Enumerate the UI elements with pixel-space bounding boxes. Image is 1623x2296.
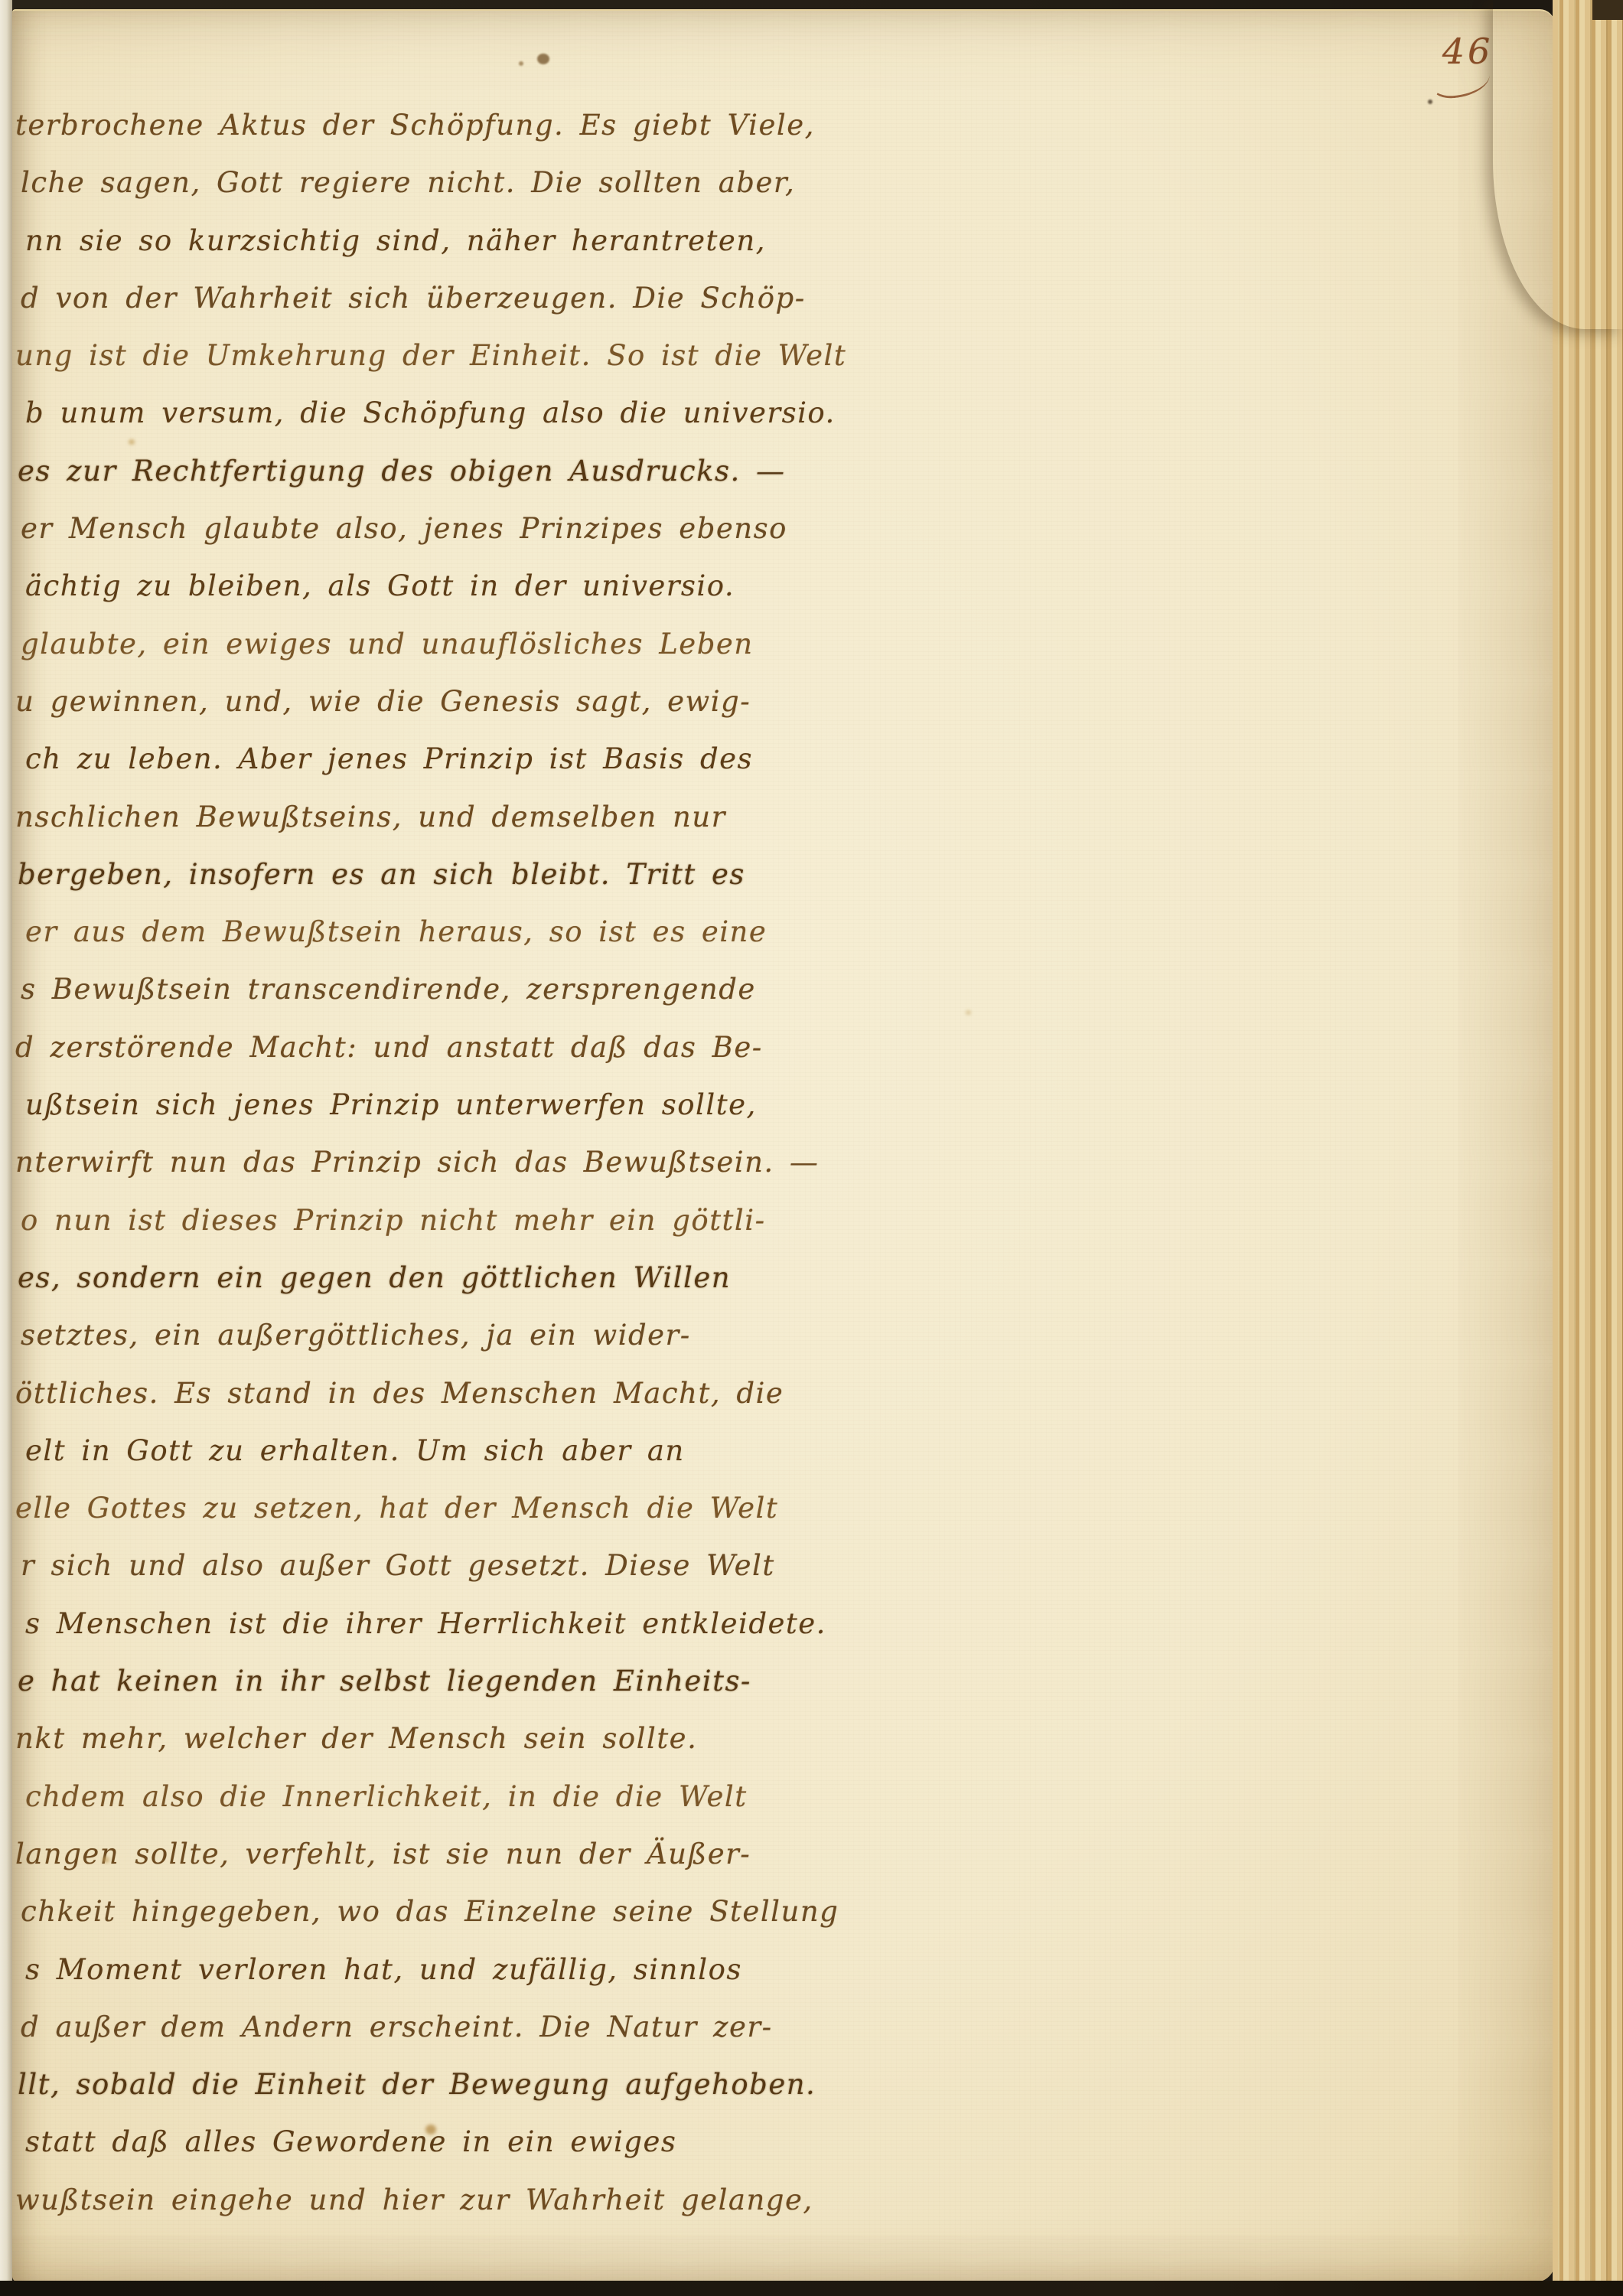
foxing-spot <box>966 1010 971 1015</box>
manuscript-line: wußtsein eingehe und hier zur Wahrheit g… <box>15 2171 895 2229</box>
manuscript-line: s Bewußtsein transcendirende, zersprenge… <box>21 960 895 1018</box>
page-number-flourish <box>1432 72 1492 100</box>
manuscript-line: er aus dem Bewußtsein heraus, so ist es … <box>25 903 895 960</box>
ink-speck <box>1428 99 1432 104</box>
manuscript-line: nkt mehr, welcher der Mensch sein sollte… <box>15 1710 895 1767</box>
manuscript-text-block: terbrochene Aktus der Schöpfung. Es gieb… <box>15 96 895 2229</box>
manuscript-line: ußtsein sich jenes Prinzip unterwerfen s… <box>25 1076 895 1133</box>
book-page-edges <box>1553 0 1623 2296</box>
foxing-spot <box>537 54 549 64</box>
manuscript-line: lche sagen, Gott regiere nicht. Die soll… <box>21 154 895 211</box>
manuscript-line: llt, sobald die Einheit der Bewegung auf… <box>18 2056 895 2113</box>
manuscript-line: setztes, ein außergöttliches, ja ein wid… <box>21 1306 895 1364</box>
manuscript-line: statt daß alles Gewordene in ein ewiges <box>25 2113 895 2170</box>
manuscript-line: nschlichen Bewußtseins, und demselben nu… <box>15 788 895 846</box>
manuscript-line: d außer dem Andern erscheint. Die Natur … <box>21 1998 895 2056</box>
manuscript-page: 46 terbrochene Aktus der Schöpfung. Es g… <box>12 9 1555 2282</box>
manuscript-scan: 46 terbrochene Aktus der Schöpfung. Es g… <box>0 0 1623 2296</box>
manuscript-line: o nun ist dieses Prinzip nicht mehr ein … <box>21 1192 895 1249</box>
manuscript-line: chdem also die Innerlichkeit, in die die… <box>25 1768 895 1825</box>
manuscript-line: ch zu leben. Aber jenes Prinzip ist Basi… <box>25 730 895 788</box>
manuscript-line: d zerstörende Macht: und anstatt daß das… <box>15 1019 895 1076</box>
manuscript-line: nterwirft nun das Prinzip sich das Bewuß… <box>15 1133 895 1191</box>
book-board-bottom <box>0 2281 1623 2296</box>
binding-shadow <box>1592 0 1623 20</box>
manuscript-line: terbrochene Aktus der Schöpfung. Es gieb… <box>15 96 895 154</box>
manuscript-line: b unum versum, die Schöpfung also die un… <box>25 384 895 442</box>
manuscript-line: langen sollte, verfehlt, ist sie nun der… <box>15 1825 895 1883</box>
manuscript-line: bergeben, insofern es an sich bleibt. Tr… <box>18 846 895 903</box>
manuscript-line: elle Gottes zu setzen, hat der Mensch di… <box>15 1479 895 1537</box>
manuscript-line: glaubte, ein ewiges und unauflösliches L… <box>21 615 895 673</box>
manuscript-line: ung ist die Umkehrung der Einheit. So is… <box>15 327 895 384</box>
manuscript-line: nn sie so kurzsichtig sind, näher herant… <box>25 212 895 269</box>
manuscript-line: u gewinnen, und, wie die Genesis sagt, e… <box>15 673 895 730</box>
manuscript-line: s Menschen ist die ihrer Herrlichkeit en… <box>25 1595 895 1652</box>
manuscript-line: r sich und also außer Gott gesetzt. Dies… <box>21 1537 895 1594</box>
manuscript-line: es zur Rechtfertigung des obigen Ausdruc… <box>18 442 895 500</box>
manuscript-line: es, sondern ein gegen den göttlichen Wil… <box>18 1249 895 1306</box>
foxing-spot <box>519 61 523 66</box>
manuscript-line: chkeit hingegeben, wo das Einzelne seine… <box>21 1883 895 1940</box>
manuscript-line: er Mensch glaubte also, jenes Prinzipes … <box>21 500 895 557</box>
manuscript-line: s Moment verloren hat, und zufällig, sin… <box>25 1941 895 1998</box>
manuscript-line: ächtig zu bleiben, als Gott in der unive… <box>25 557 895 615</box>
manuscript-line: e hat keinen in ihr selbst liegenden Ein… <box>18 1652 895 1710</box>
facing-page-edge <box>0 0 12 2296</box>
manuscript-line: öttliches. Es stand in des Menschen Mach… <box>15 1365 895 1422</box>
manuscript-line: d von der Wahrheit sich überzeugen. Die … <box>21 269 895 327</box>
manuscript-line: elt in Gott zu erhalten. Um sich aber an <box>25 1422 895 1479</box>
